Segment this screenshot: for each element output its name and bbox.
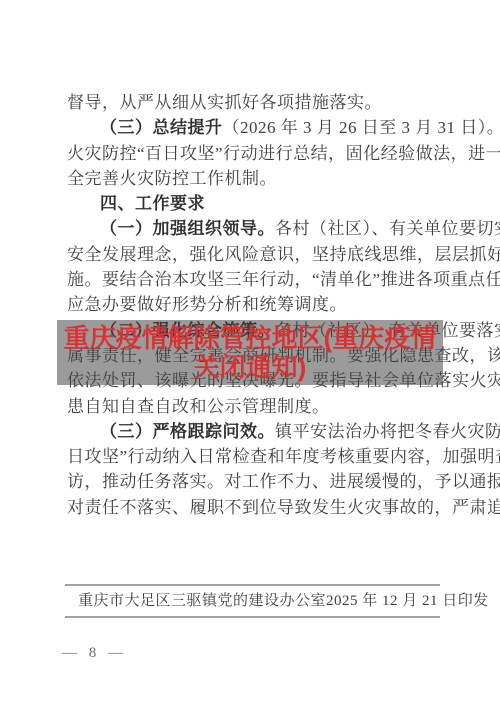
document-text-segment: 对责任不落实、履职不到位导致发生火灾事故的，严肃追责问责。 [67,498,500,517]
document-line: （三）严格跟踪问效。镇平安法治办将把冬春火灾防控“百 [67,419,452,444]
document-text-segment: 督导，从严从细从实抓好各项措施落实。 [67,93,382,112]
document-line: 督导，从严从细从实抓好各项措施落实。 [67,90,452,115]
document-line: 日攻坚”行动纳入日常检查和年度考核重要内容，加强明查暗 [67,444,452,469]
watermark-banner: 重庆疫情解除管控地区(重庆疫情关闭通知) [57,320,443,385]
footer-divider-bottom [65,616,440,618]
document-text-segment: 安全发展理念，强化风险意识，坚持底线思维，层层抓好组织实 [67,245,500,264]
document-body: 督导，从严从细从实抓好各项措施落实。（三）总结提升（2026 年 3 月 26 … [67,90,452,520]
document-line: 应急办要做好形势分析和统筹调度。 [67,292,452,317]
document-text-segment: 火灾防控“百日攻坚”行动进行总结，固化经验做法，进一步健 [67,144,500,163]
watermark-banner-title: 重庆疫情解除管控地区(重庆疫情关闭通知) [57,324,443,382]
document-text-segment: 全完善火灾防控工作机制。 [67,169,277,188]
document-line: 安全发展理念，强化风险意识，坚持底线思维，层层抓好组织实 [67,242,452,267]
document-text-segment: 各村（社区）、有关单位要切实树牢 [275,219,500,238]
document-heading-segment: （一）加强组织领导。 [100,219,275,238]
footer: 重庆市大足区三驱镇党的建设办公室 2025 年 12 月 21 日印发 [78,591,432,611]
page-number: — 8 — [62,645,127,662]
document-line: 对责任不落实、履职不到位导致发生火灾事故的，严肃追责问责。 [67,495,452,520]
document-line: 访，推动任务落实。对工作不力、进展缓慢的，予以通报批评； [67,469,452,494]
document-line: 患自知自查自改和公示管理制度。 [67,394,452,419]
footer-issuer: 重庆市大足区三驱镇党的建设办公室 [78,591,326,611]
document-text-segment: 应急办要做好形势分析和统筹调度。 [67,295,347,314]
document-text-segment: 日攻坚”行动纳入日常检查和年度考核重要内容，加强明查暗 [67,447,500,466]
document-line: （三）总结提升（2026 年 3 月 26 日至 3 月 31 日）。对冬春 [67,115,452,140]
footer-print-date: 2025 年 12 月 21 日印发 [326,591,489,611]
document-line: 全完善火灾防控工作机制。 [67,166,452,191]
document-page: 督导，从严从细从实抓好各项措施落实。（三）总结提升（2026 年 3 月 26 … [0,0,500,707]
document-line: （一）加强组织领导。各村（社区）、有关单位要切实树牢 [67,216,452,241]
document-text-segment: （2026 年 3 月 26 日至 3 月 31 日）。对冬春 [223,118,500,137]
document-line: 施。要结合治本攻坚三年行动，“清单化”推进各项重点任务。 [67,267,452,292]
document-text-segment: 镇平安法治办将把冬春火灾防控“百 [275,422,500,441]
document-heading-segment: （三）总结提升 [100,118,223,137]
footer-divider-top [65,584,440,586]
document-text-segment: 患自知自查自改和公示管理制度。 [67,397,330,416]
document-heading-segment: （三）严格跟踪问效。 [100,422,275,441]
document-text-segment: 施。要结合治本攻坚三年行动，“清单化”推进各项重点任务。 [67,270,500,289]
document-line: 四、工作要求 [67,191,452,216]
document-line: 火灾防控“百日攻坚”行动进行总结，固化经验做法，进一步健 [67,141,452,166]
document-heading-segment: 四、工作要求 [100,194,205,213]
document-text-segment: 访，推动任务落实。对工作不力、进展缓慢的，予以通报批评； [67,472,500,491]
